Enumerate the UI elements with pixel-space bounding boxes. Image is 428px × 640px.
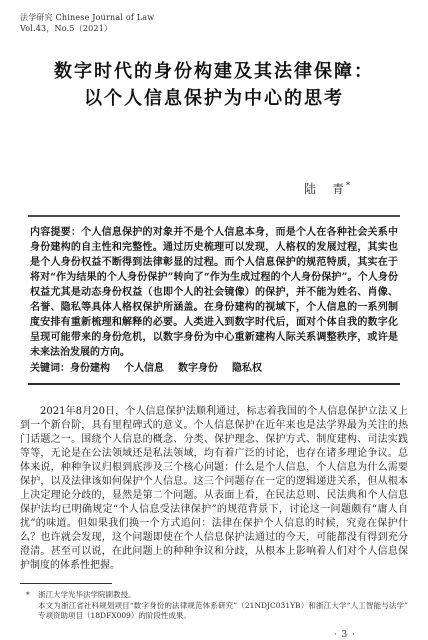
footnote-body: 浙江大学光华法学院副教授。 本文为浙江省社科规划项目“数字身份的法律规范体系研究… xyxy=(38,590,408,622)
article-title-line1: 数字时代的身份构建及其法律保障： xyxy=(26,58,402,85)
article-title-line2: 以个人信息保护为中心的思考 xyxy=(26,85,402,112)
footnote-line1: 浙江大学光华法学院副教授。 xyxy=(38,590,408,601)
keywords-label: 关键词： xyxy=(30,363,70,374)
abstract-box: 内容提要：个人信息保护的对象并不是个人信息本身，而是个人在各种社会关系中身份建构… xyxy=(28,215,400,385)
keywords-line: 关键词：身份建构个人信息数字身份隐私权 xyxy=(30,361,398,376)
journal-name: 法学研究 Chinese Journal of Law xyxy=(20,12,408,23)
body-paragraph: 2021年8月20日，个人信息保护法顺利通过，标志着我国的个人信息保护立法又上到… xyxy=(20,405,408,573)
abstract-paragraph: 内容提要：个人信息保护的对象并不是个人信息本身，而是个人在各种社会关系中身份建构… xyxy=(30,225,398,360)
paper-page: 法学研究 Chinese Journal of Law Vol.43，No.5（… xyxy=(0,0,428,640)
abstract-text: 个人信息保护的对象并不是个人信息本身，而是个人在各种社会关系中身份建构的自主性和… xyxy=(30,227,398,358)
journal-volume-issue: Vol.43，No.5（2021） xyxy=(20,23,408,34)
journal-header: 法学研究 Chinese Journal of Law Vol.43，No.5（… xyxy=(20,12,408,34)
author-name: 陆 青 xyxy=(304,182,346,196)
footnote: * 浙江大学光华法学院副教授。 本文为浙江省社科规划项目“数字身份的法律规范体系… xyxy=(20,584,408,622)
keyword: 个人信息 xyxy=(124,363,164,374)
footnote-line2: 本文为浙江省社科规划项目“数字身份的法律规范体系研究”（21NDJC031YB）… xyxy=(38,601,408,622)
keyword: 隐私权 xyxy=(232,363,262,374)
page-number: · 3 · xyxy=(20,630,408,640)
keyword: 数字身份 xyxy=(178,363,218,374)
author-line: 陆 青* xyxy=(20,180,408,197)
footnote-mark: * xyxy=(26,590,38,622)
author-footnote-mark: * xyxy=(346,181,350,190)
article-title: 数字时代的身份构建及其法律保障： 以个人信息保护为中心的思考 xyxy=(26,58,402,112)
keyword: 身份建构 xyxy=(70,363,110,374)
abstract-label: 内容提要： xyxy=(30,227,81,238)
